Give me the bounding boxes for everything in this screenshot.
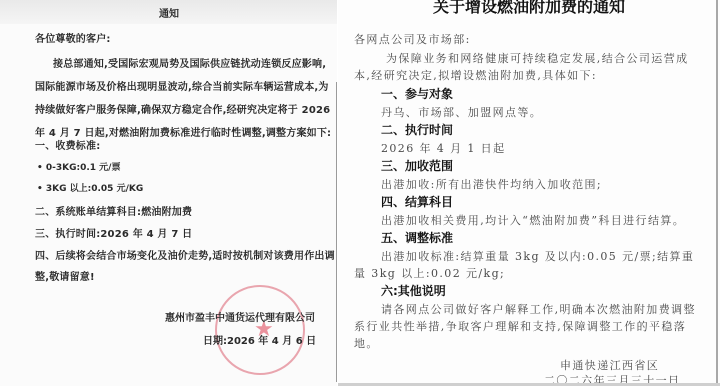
right-section-body: 地。 bbox=[354, 335, 379, 351]
right-section-body: 出港加收:所有出港快件均纳入加收范围; bbox=[381, 176, 602, 192]
left-salutation: 各位尊敬的客户: bbox=[35, 30, 111, 45]
right-intro-line: 为保障业务和网络健康可持续稳定发展,结合公司运营成 bbox=[386, 50, 689, 66]
right-section-body: 请各网点公司做好客户解释工作,明确本次燃油附加费调整 bbox=[381, 301, 696, 317]
left-paragraph-line: 国际能源市场及价格出现明显波动,综合当前实际车辆运营成本,为 bbox=[35, 78, 329, 93]
right-section-heading: 一、参与对象 bbox=[381, 85, 453, 102]
right-section-body: 量 3kg 以上:0.02 元/kg; bbox=[354, 265, 505, 281]
right-section-heading: 三、加收范围 bbox=[381, 157, 453, 174]
right-section-body: 2026 年 4 月 1 日起 bbox=[381, 140, 505, 156]
right-salutation: 各网点公司及市场部: bbox=[354, 31, 471, 47]
company-seal-stamp: ★ bbox=[215, 285, 305, 375]
left-paragraph-line: 接总部通知,受国际宏观局势及国际供应链扰动连锁反应影响, bbox=[53, 55, 326, 70]
left-bullet-item: • 3KG 以上:0.05 元/KG bbox=[37, 181, 143, 194]
left-signing-date: 日期:2026 年 4 月 6 日 bbox=[203, 332, 316, 347]
right-section-body: 丹乌、市场部、加盟网点等。 bbox=[381, 104, 542, 120]
left-notice-title: 通知 bbox=[0, 5, 338, 20]
left-section-followup: 整,敬请留意! bbox=[35, 268, 95, 283]
right-section-heading: 四、结算科目 bbox=[381, 193, 453, 210]
left-section-fee-standard: 一、收费标准: bbox=[35, 137, 100, 152]
left-section-effective-date: 三、执行时间:2026 年 4 月 7 日 bbox=[35, 225, 192, 240]
right-notice-document: 关于增设燃油附加费的通知 各网点公司及市场部: 为保障业务和网络健康可持续稳定发… bbox=[338, 0, 720, 386]
left-section-billing-subject: 二、系统账单结算科目:燃油附加费 bbox=[35, 203, 192, 218]
right-issuer: 申通快递江西省区 bbox=[560, 357, 659, 373]
right-scrollbar[interactable] bbox=[716, 0, 718, 386]
left-paragraph-line: 持续做好客户服务保障,确保双方稳定合作,经研究决定将于 2026 bbox=[35, 101, 330, 116]
right-section-body: 出港加收相关费用,均计入“燃油附加费”科目进行结算。 bbox=[381, 212, 685, 228]
right-intro-line: 本,经研究决定,拟增设燃油附加费,具体如下: bbox=[354, 67, 597, 83]
right-notice-title: 关于增设燃油附加费的通知 bbox=[338, 0, 720, 17]
right-section-body: 系行业共性举措,争取客户理解和支持,保障调整工作的平稳落 bbox=[354, 318, 686, 334]
right-section-heading: 二、执行时间 bbox=[381, 121, 453, 138]
right-section-heading: 六:其他说明 bbox=[381, 282, 446, 299]
left-bullet-item: • 0-3KG:0.1 元/票 bbox=[37, 160, 120, 173]
left-company-name: 惠州市盈丰中通货运代理有限公司 bbox=[165, 309, 315, 324]
left-section-followup: 四、后续将会结合市场变化及油价走势,适时按机制对该费用作出调 bbox=[35, 247, 335, 262]
left-notice-document: 通知 各位尊敬的客户: 接总部通知,受国际宏观局势及国际供应链扰动连锁反应影响,… bbox=[0, 0, 338, 386]
right-section-body: 出港加收标准:结算重量 3kg 及以内:0.05 元/票;结算重 bbox=[381, 248, 694, 264]
right-section-heading: 五、调整标准 bbox=[381, 229, 453, 246]
